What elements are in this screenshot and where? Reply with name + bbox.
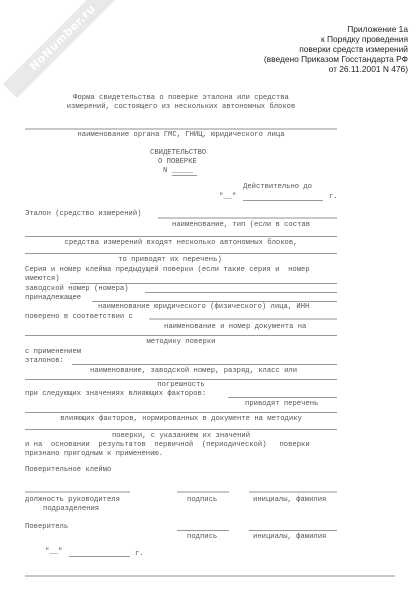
serial-field[interactable] [145, 292, 337, 293]
etalon-field[interactable] [158, 217, 337, 219]
conclusion-line1: и на основании результатов первичной (пе… [25, 441, 310, 450]
verifier-initials-field[interactable] [249, 530, 337, 531]
verified-field[interactable] [149, 318, 337, 320]
verified-label: поверено в соответствии с [25, 313, 133, 322]
appendix-line: к Порядку проведения [264, 34, 408, 44]
standards-caption2: погрешность [25, 381, 337, 390]
valid-until-date-field[interactable] [243, 200, 323, 201]
appendix-line: поверки средств измерений [264, 44, 408, 54]
etalon-field-2[interactable] [25, 236, 337, 237]
serial-label: заводской номер (номера) [25, 285, 129, 294]
verifier-label: Поверитель [25, 523, 68, 532]
etalon-caption1: наименование, тип (если в состав [172, 221, 310, 230]
certificate-title: СВИДЕТЕЛЬСТВО [150, 149, 206, 158]
factors-caption1: приводят перечень [245, 400, 318, 409]
belongs-label: принадлежащее [25, 294, 81, 303]
etalon-caption2: средства измерений входят несколько авто… [25, 239, 337, 248]
belongs-caption: наименование юридического (физического) … [98, 303, 309, 312]
appendix-header: Приложение 1а к Порядку проведения повер… [264, 24, 408, 74]
standards-label1: с применением [25, 348, 81, 357]
series-line2: имеются) [25, 275, 60, 284]
etalon-label: Эталон (средство измерений) [25, 210, 141, 219]
valid-until-label: Действительно до [243, 183, 312, 192]
head-initials-caption: инициалы, фамилия [253, 496, 326, 505]
valid-until-day: "__" [219, 193, 236, 202]
valid-until-year-suffix: г. [329, 193, 338, 202]
org-caption: наименование органа ГМС, ГНИЦ, юридическ… [25, 131, 337, 140]
verified-caption1: наименование и номер документа на [164, 323, 306, 332]
verifier-initials-caption: инициалы, фамилия [253, 533, 326, 542]
factors-field-3[interactable] [25, 429, 337, 430]
standards-caption1: наименование, заводской номер, разряд, к… [90, 367, 297, 376]
head-position-caption1: должность руководителя [25, 496, 120, 505]
verifier-signature-caption: подпись [187, 533, 217, 542]
verified-caption2: методику поверки [25, 338, 337, 347]
standards-label2: эталонов: [25, 357, 64, 366]
series-field[interactable] [70, 283, 337, 284]
conclusion-line2: признано пригодным к применению. [25, 450, 163, 459]
etalon-caption3: то приводят их перечень) [25, 256, 315, 265]
bottom-divider [25, 575, 395, 577]
verified-field-2[interactable] [25, 335, 337, 336]
head-position-caption2: подразделения [43, 505, 99, 514]
head-initials-field[interactable] [249, 491, 337, 493]
form-title-line2: измерений, состоящего из нескольких авто… [25, 103, 337, 112]
verifier-signature-field[interactable] [177, 530, 229, 531]
certificate-number-field[interactable] [172, 175, 197, 176]
standards-field-2[interactable] [25, 379, 337, 380]
stamp-label: Поверительное клеймо [25, 466, 111, 475]
bottom-date-day: "__" [45, 548, 62, 557]
standards-field[interactable] [72, 364, 337, 365]
form-title-line1: Форма свидетельства о поверке эталона ил… [25, 94, 337, 103]
head-signature-caption: подпись [187, 496, 217, 505]
bottom-date-field[interactable] [69, 556, 130, 557]
appendix-line: от 26.11.2001 N 476) [264, 64, 408, 74]
appendix-line: Приложение 1а [264, 24, 408, 34]
etalon-field-3[interactable] [25, 253, 337, 254]
head-position-field[interactable] [25, 491, 130, 493]
factors-caption2: влияющих факторов, нормированных в докум… [25, 415, 337, 424]
bottom-date-year-suffix: г. [135, 550, 144, 559]
org-name-field[interactable] [25, 128, 337, 130]
watermark: NoNumber.ru [3, 0, 123, 98]
factors-caption3: поверки, с указанием их значений [25, 432, 337, 441]
belongs-field[interactable] [92, 301, 337, 302]
appendix-line: (введено Приказом Госстандарта РФ [264, 54, 408, 64]
factors-field-2[interactable] [25, 412, 337, 413]
factors-label: при следующих значениях влияющих факторо… [25, 390, 206, 399]
factors-field[interactable] [228, 397, 337, 398]
head-signature-field[interactable] [177, 491, 229, 493]
certificate-subtitle: О ПОВЕРКЕ [158, 158, 197, 167]
series-line1: Серия и номер клейма предыдущей поверки … [25, 266, 310, 275]
